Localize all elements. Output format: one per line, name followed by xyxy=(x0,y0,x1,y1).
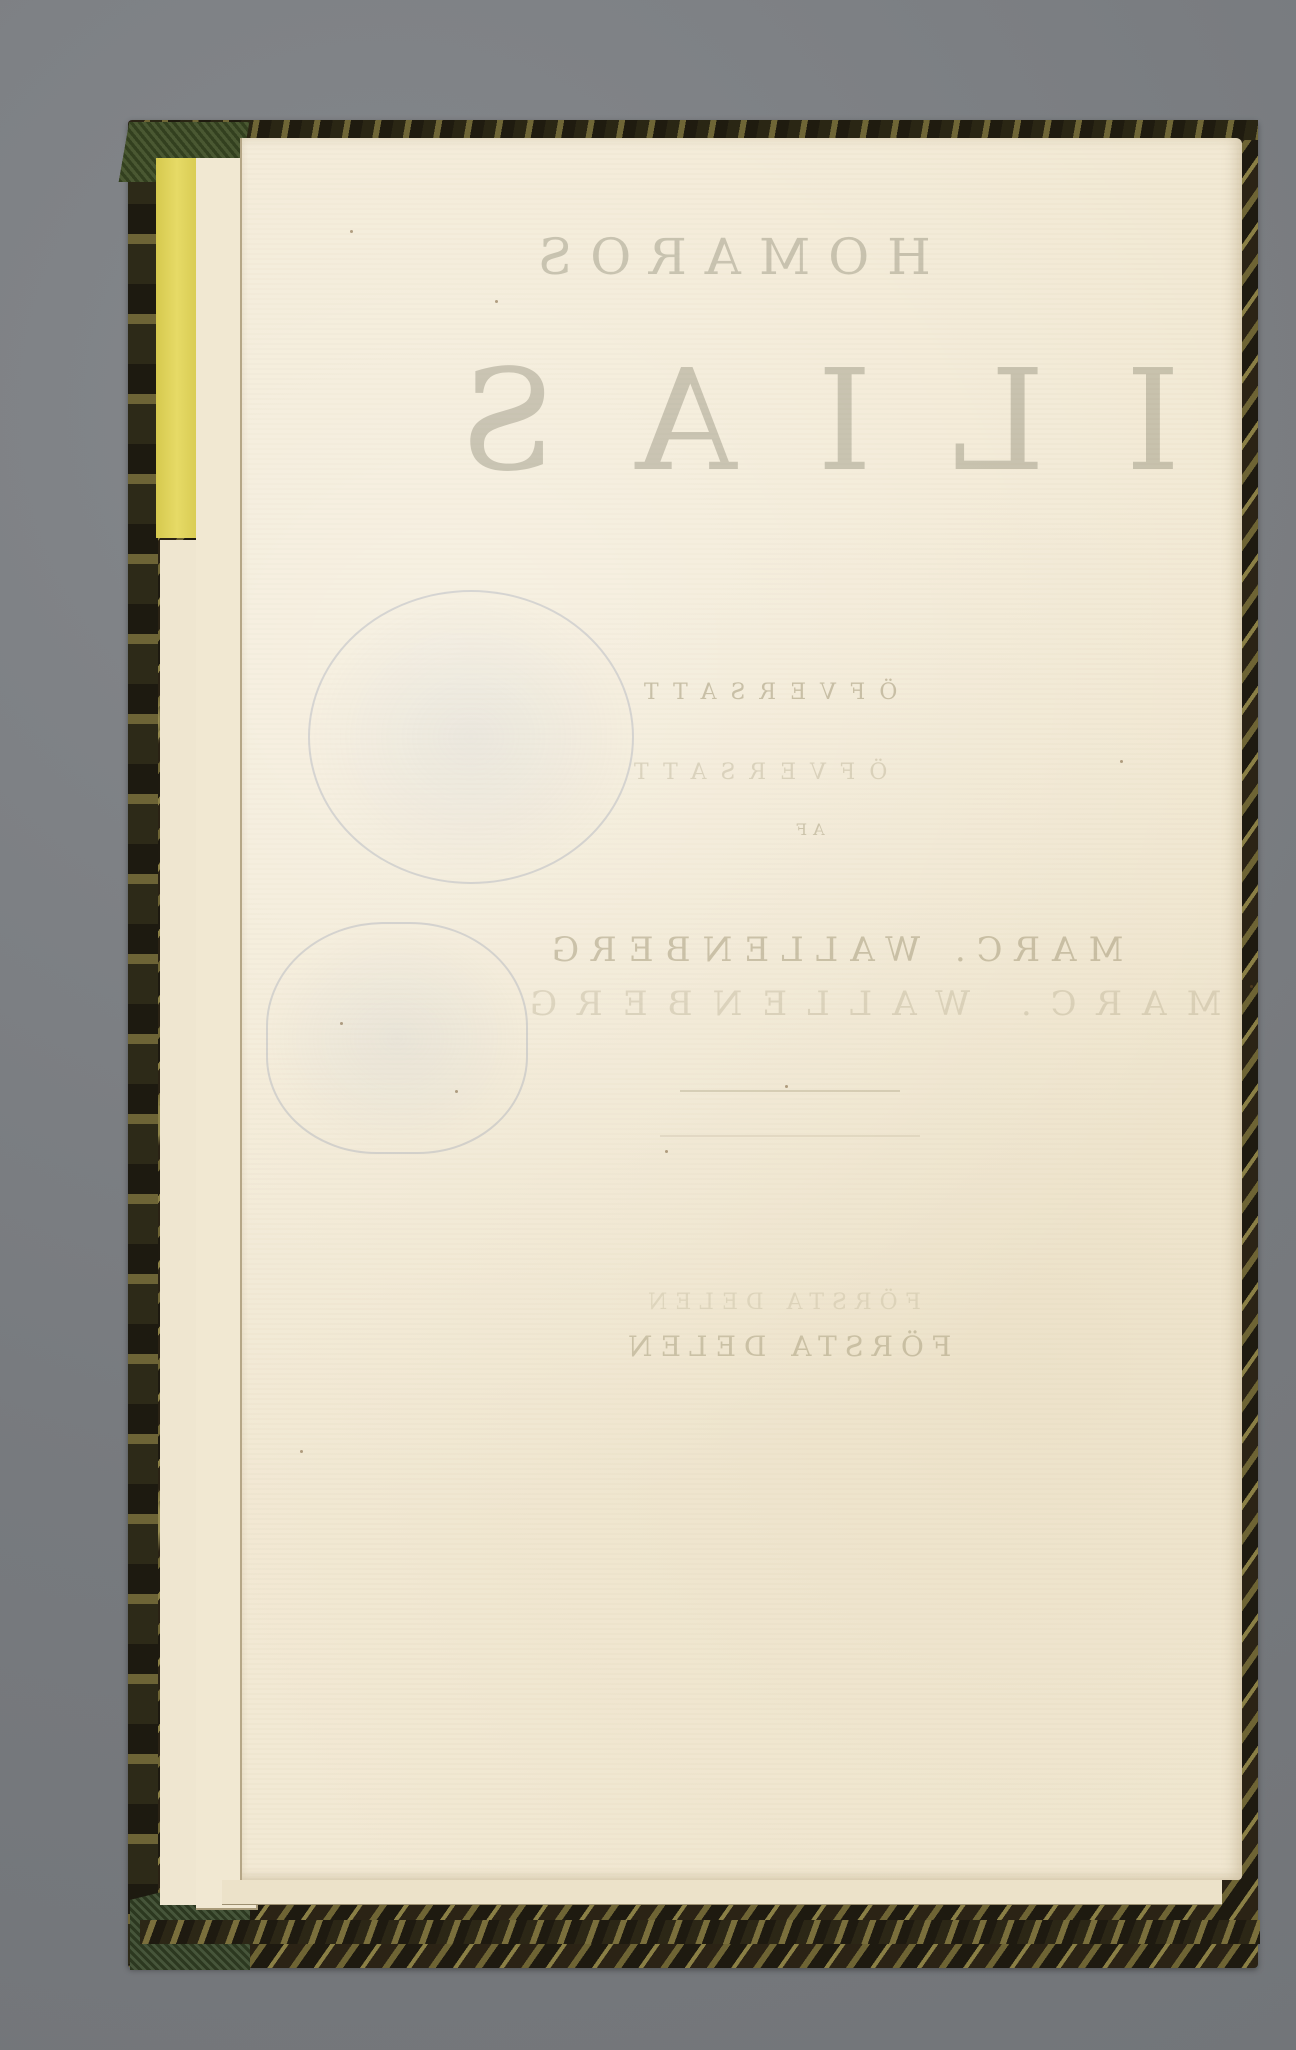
show-through-author-heading: HOMAROS xyxy=(520,228,931,286)
divider-rule-faint xyxy=(660,1135,920,1137)
flyleaf-inner xyxy=(160,540,201,1905)
paper-fleck xyxy=(300,1450,303,1453)
show-through-title: ILIAS xyxy=(380,340,1181,503)
paper-fleck xyxy=(1250,985,1253,988)
show-through-by: AF xyxy=(790,820,825,839)
paper-fleck xyxy=(495,300,498,303)
show-through-part: FÖRSTA DELEN xyxy=(620,1330,951,1363)
paper-fleck xyxy=(665,1150,668,1153)
library-stamp-oval xyxy=(308,590,634,884)
show-through-translated: ÖFVERSATT xyxy=(630,680,897,705)
flyleaf-bottom xyxy=(222,1880,1222,1905)
show-through-faint-line: ÖFVERSATT xyxy=(620,760,887,785)
show-through-part-faint: FÖRSTA DELEN xyxy=(640,1290,921,1315)
paper-fleck xyxy=(1120,760,1123,763)
paper-fleck xyxy=(350,230,353,233)
show-through-translator: MARC. WALLENBERG xyxy=(540,930,1123,970)
cover-top-edge xyxy=(150,120,1258,140)
paper-fleck xyxy=(340,1022,343,1025)
yellow-bookmark xyxy=(156,158,200,538)
cover-bottom-edge xyxy=(140,1920,1260,1944)
paper-fleck xyxy=(785,1085,788,1088)
divider-rule xyxy=(680,1090,900,1092)
paper-fleck xyxy=(455,1090,458,1093)
show-through-translator-faint: MARC. WALLENBERG xyxy=(510,984,1221,1024)
library-stamp-round xyxy=(266,922,528,1154)
marbled-board-edge xyxy=(128,124,158,1964)
